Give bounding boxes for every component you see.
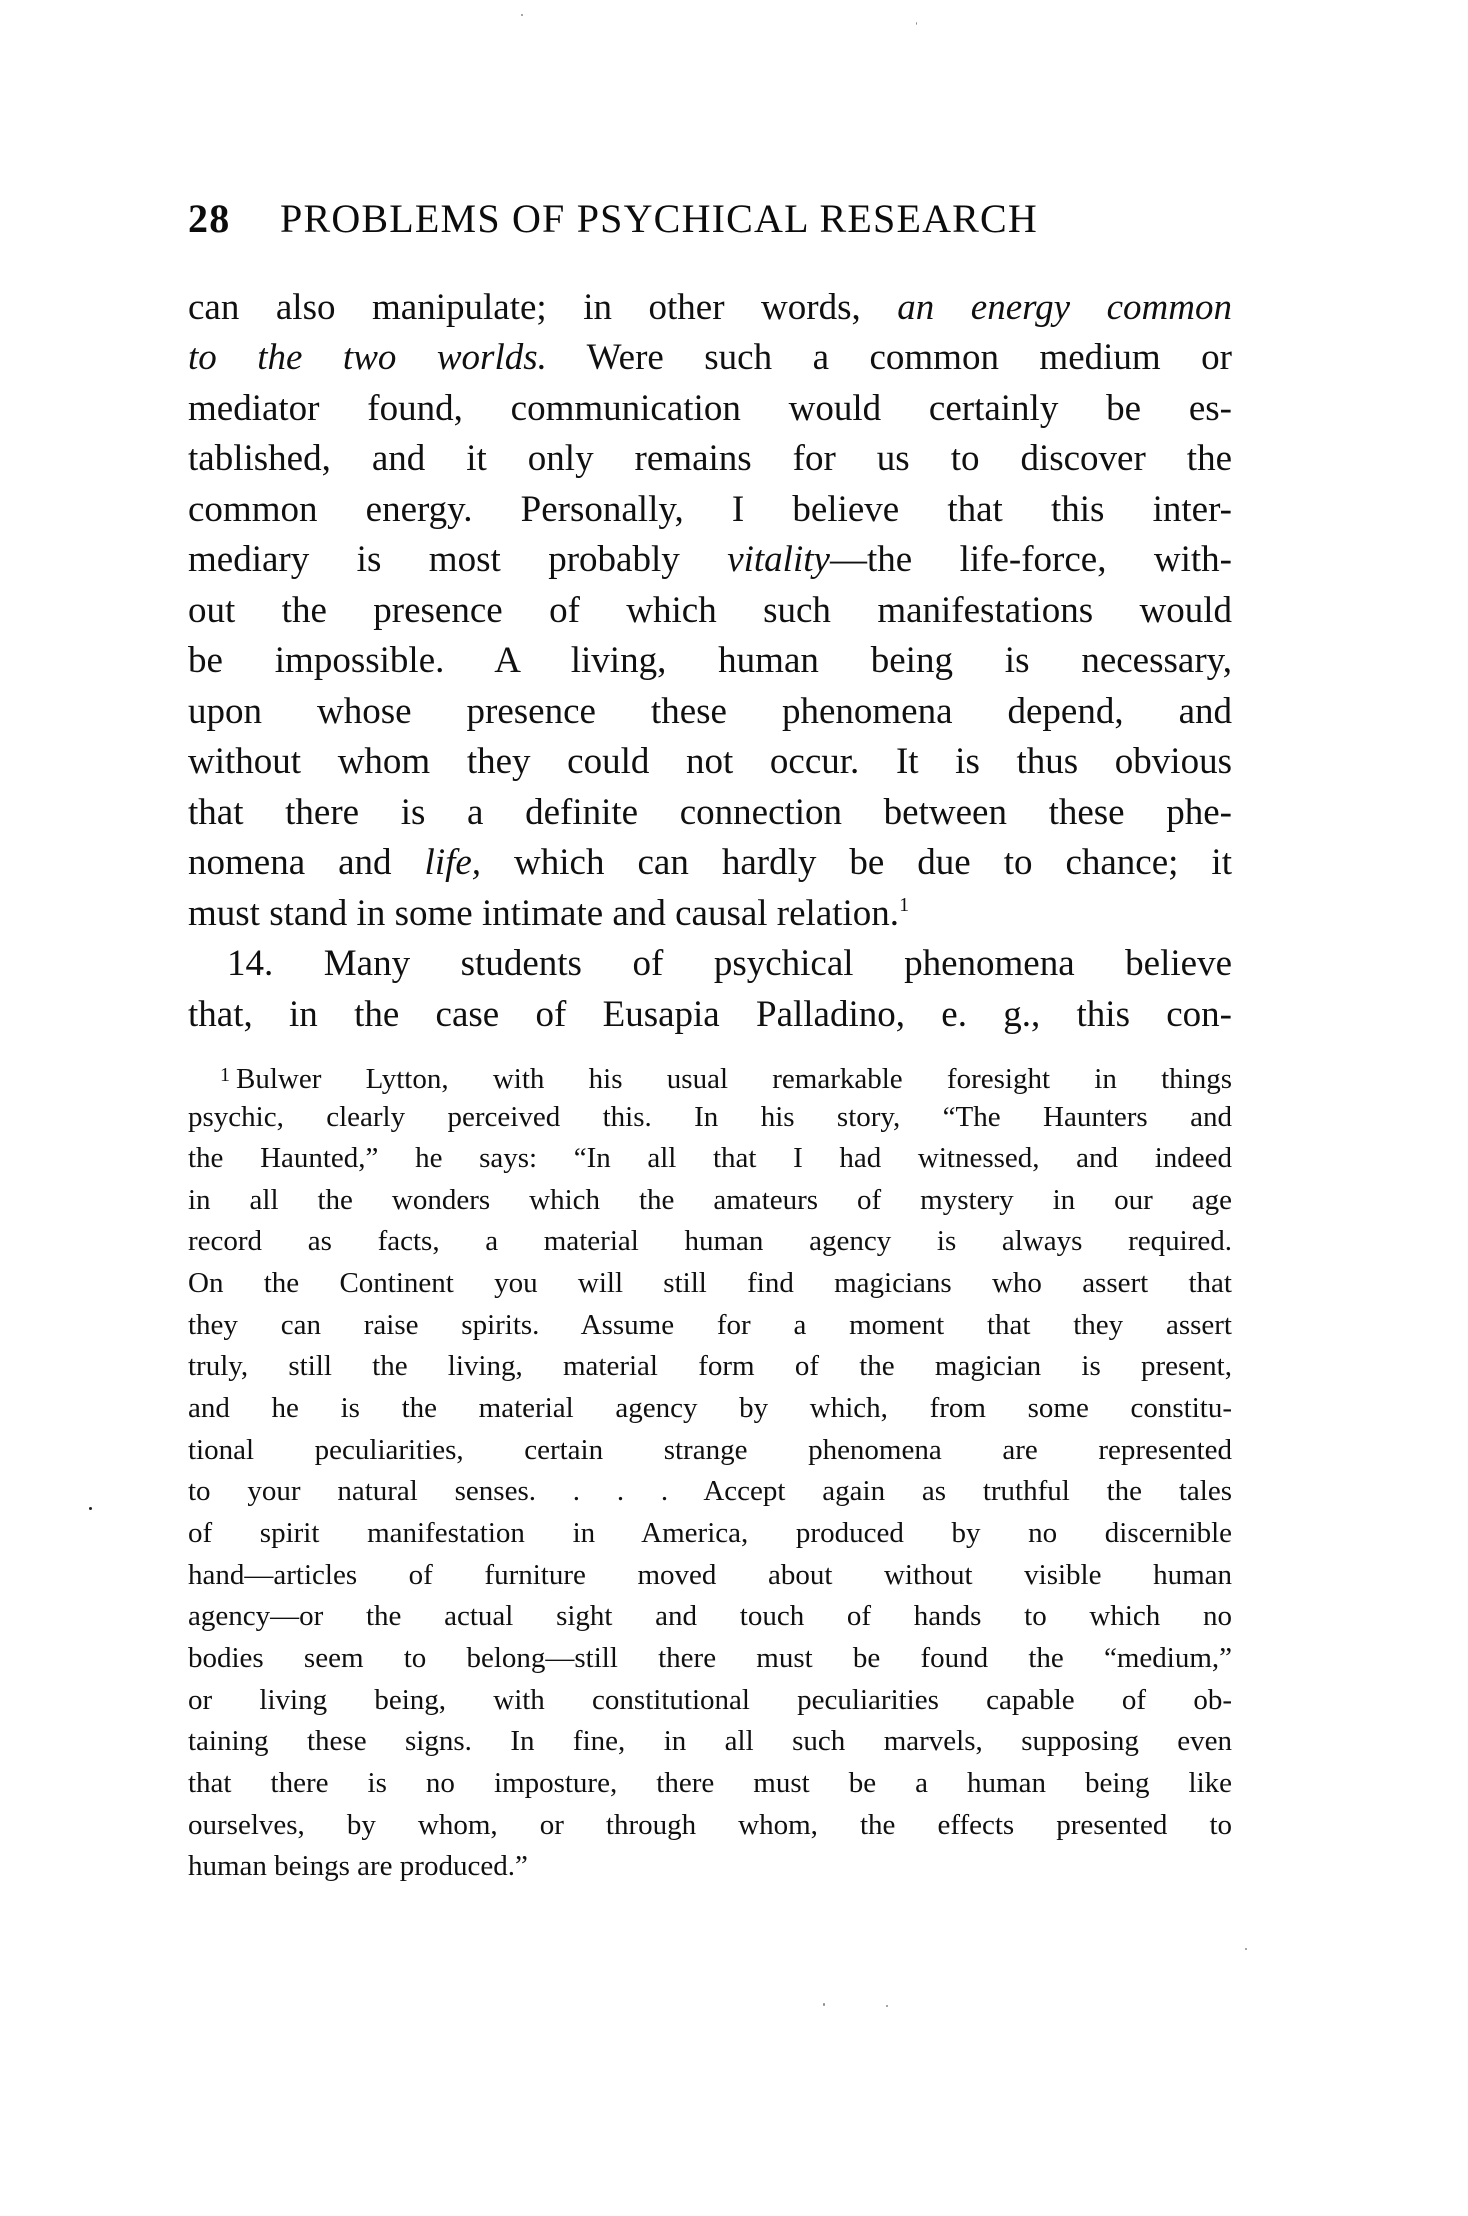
body-line: mediary is most probably vitality—the li… [188, 535, 1232, 585]
book-page: 28PROBLEMS OF PSYCHICAL RESEARCH can als… [0, 0, 1468, 2216]
body-line: upon whose presence these phenomena depe… [188, 687, 1232, 737]
footnote-line: ourselves, by whom, or through whom, the… [188, 1804, 1232, 1846]
footnote-line: tional peculiarities, certain strange ph… [188, 1429, 1232, 1471]
footnote-line: and he is the material agency by which, … [188, 1387, 1232, 1429]
footnote-line: in all the wonders which the amateurs of… [188, 1179, 1232, 1221]
body-line: to the two worlds. Were such a common me… [188, 333, 1232, 383]
footnote-line: the Haunted,” he says: “In all that I ha… [188, 1137, 1232, 1179]
running-title: PROBLEMS OF PSYCHICAL RESEARCH [280, 196, 1038, 242]
body-line: nomena and life, which can hardly be due… [188, 838, 1232, 888]
footnote-line: to your natural senses. . . . Accept aga… [188, 1470, 1232, 1512]
footnote-line: they can raise spirits. Assume for a mom… [188, 1304, 1232, 1346]
footnote-line: taining these signs. In fine, in all suc… [188, 1720, 1232, 1762]
body-line: can also manipulate; in other words, an … [188, 283, 1232, 333]
body-line: without whom they could not occur. It is… [188, 737, 1232, 787]
body-line: must stand in some intimate and causal r… [188, 889, 1232, 939]
paragraph-start-line: 14. Many students of psychical phenomena… [227, 939, 1232, 989]
page-number: 28 [188, 196, 280, 242]
footnote-line: 1Bulwer Lytton, with his usual remarkabl… [220, 1054, 1232, 1096]
body-line: tablished, and it only remains for us to… [188, 434, 1232, 484]
footnote-line: or living being, with constitutional pec… [188, 1679, 1232, 1721]
footnote-line: agency—or the actual sight and touch of … [188, 1595, 1232, 1637]
footnote-reference[interactable]: 1 [899, 894, 909, 916]
footnote-line: human beings are produced.” [188, 1845, 1232, 1887]
body-line: be impossible. A living, human being is … [188, 636, 1232, 686]
footnote-marker: 1 [220, 1064, 230, 1086]
scan-speck [916, 22, 917, 25]
footnote-line: On the Continent you will still find mag… [188, 1262, 1232, 1304]
body-line: mediator found, communication would cert… [188, 384, 1232, 434]
footnote-line: record as facts, a material human agency… [188, 1220, 1232, 1262]
scan-speck [89, 1507, 92, 1510]
footnote-line: that there is no imposture, there must b… [188, 1762, 1232, 1804]
running-header: 28PROBLEMS OF PSYCHICAL RESEARCH [188, 196, 1168, 242]
body-line: that, in the case of Eusapia Palladino, … [188, 990, 1232, 1040]
body-line: that there is a definite connection betw… [188, 788, 1232, 838]
footnote-line: bodies seem to belong—still there must b… [188, 1637, 1232, 1679]
scan-speck [823, 2003, 825, 2006]
scan-speck [1245, 1948, 1247, 1950]
footnote-line: hand—articles of furniture moved about w… [188, 1554, 1232, 1596]
body-line: out the presence of which such manifesta… [188, 586, 1232, 636]
footnote-line: of spirit manifestation in America, prod… [188, 1512, 1232, 1554]
footnote-line: truly, still the living, material form o… [188, 1345, 1232, 1387]
body-line: common energy. Personally, I believe tha… [188, 485, 1232, 535]
scan-speck [886, 2005, 888, 2007]
scan-speck [521, 14, 523, 16]
footnote-line: psychic, clearly perceived this. In his … [188, 1096, 1232, 1138]
